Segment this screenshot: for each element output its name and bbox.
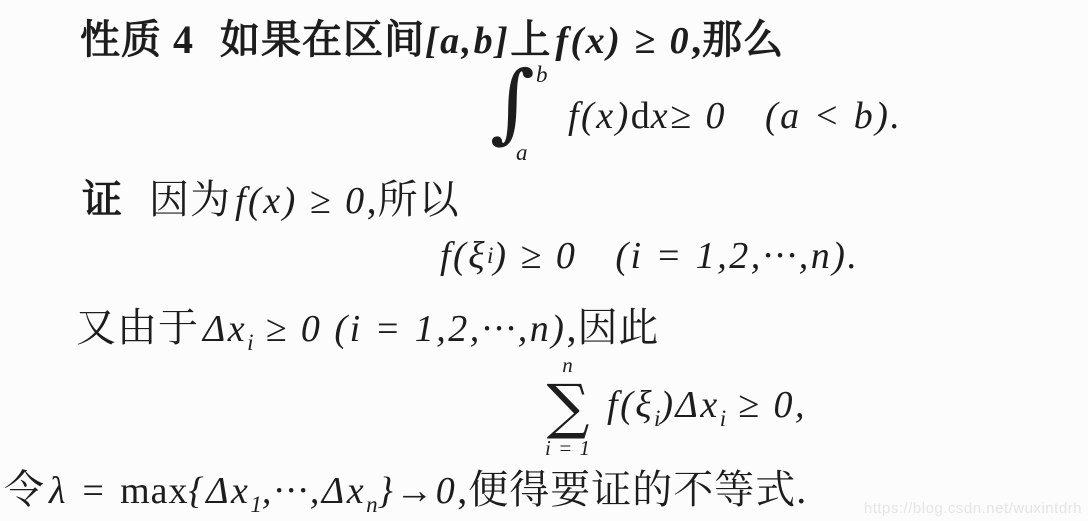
property-text-before-interval: 如果在区间	[220, 17, 425, 62]
xi-inequality-formula: f(ξi) ≥ 0 (i = 1,2,···,n).	[440, 234, 859, 278]
property-math-condition: f(x) ≥ 0	[555, 20, 691, 62]
property-heading: 性质 4	[80, 17, 194, 62]
sum-lower-limit: i = 1	[545, 437, 591, 460]
proof-text-before: 因为	[149, 177, 231, 222]
summation-sign: n ∑ i = 1	[545, 354, 591, 460]
delta-text-before: 又由于	[76, 305, 199, 350]
brace-open-dx1: {Δx	[189, 470, 251, 512]
property-text-after: ,那么	[691, 17, 784, 62]
integral-relation: ≥ 0	[670, 94, 727, 138]
delta-text-after: ,因此	[566, 305, 659, 350]
delta-index-condition: (i = 1,2,···,n)	[334, 308, 566, 350]
proof-text-after: ,所以	[367, 177, 460, 222]
integral-glyph: ∫	[490, 56, 535, 151]
integral-inequality-formula: ∫ b a f(x) dx ≥ 0 (a < b).	[490, 70, 902, 162]
integral-lower-limit: a	[516, 140, 528, 166]
delta-x: Δx	[203, 308, 247, 350]
textbook-page: 性质 4如果在区间[a,b]上 f(x) ≥ 0,那么 ∫ b a f(x) d…	[0, 0, 1088, 521]
sum-body-open: f(ξ	[607, 384, 654, 426]
lambda-text-before: 令	[4, 467, 45, 512]
delta-x-line: 又由于 Δxi ≥ 0 (i = 1,2,···,n),因此	[76, 296, 659, 356]
xi-index-condition: (i = 1,2,···,n).	[615, 234, 859, 278]
xi-func-open: f(ξ	[440, 234, 487, 278]
property-statement: 性质 4如果在区间[a,b]上 f(x) ≥ 0,那么	[80, 8, 784, 65]
lambda-limit-line: 令 λ = max{Δx1,···,Δxn}→0,便得要证的不等式.	[4, 458, 807, 518]
proof-line: 证因为 f(x) ≥ 0,所以	[82, 168, 460, 225]
max-operator: max	[120, 470, 188, 512]
proof-heading: 证	[82, 177, 123, 222]
sum-body-mid: )Δx	[660, 384, 719, 426]
xi-func-close: ) ≥ 0	[493, 234, 577, 278]
riemann-sum-formula: n ∑ i = 1 f(ξi)Δxi ≥ 0,	[545, 354, 807, 460]
lambda-text-after: ,便得要证的不等式.	[457, 467, 807, 512]
integral-upper-limit: b	[536, 62, 548, 88]
ellipsis-dxn: ,···,Δx	[262, 470, 366, 512]
sigma-glyph: ∑	[547, 377, 590, 437]
delta-relation: ≥ 0	[254, 308, 335, 350]
proof-math: f(x) ≥ 0	[235, 180, 367, 222]
watermark-url: https://blog.csdn.net/wuxintdrh	[864, 500, 1082, 517]
integrand: f(x)	[568, 94, 631, 138]
sum-body-close: ≥ 0,	[726, 384, 807, 426]
dx1-subscript: 1	[250, 492, 262, 517]
differential-variable: x	[651, 94, 670, 138]
brace-close-arrow-zero: }→0	[378, 470, 458, 512]
differential-d: d	[631, 94, 651, 138]
lambda-equals: λ =	[49, 470, 120, 512]
integral-sign: ∫ b a	[490, 70, 562, 162]
dxn-subscript: n	[366, 492, 378, 517]
integral-condition: (a < b).	[765, 94, 902, 138]
sum-body: f(ξi)Δxi ≥ 0,	[607, 383, 807, 432]
